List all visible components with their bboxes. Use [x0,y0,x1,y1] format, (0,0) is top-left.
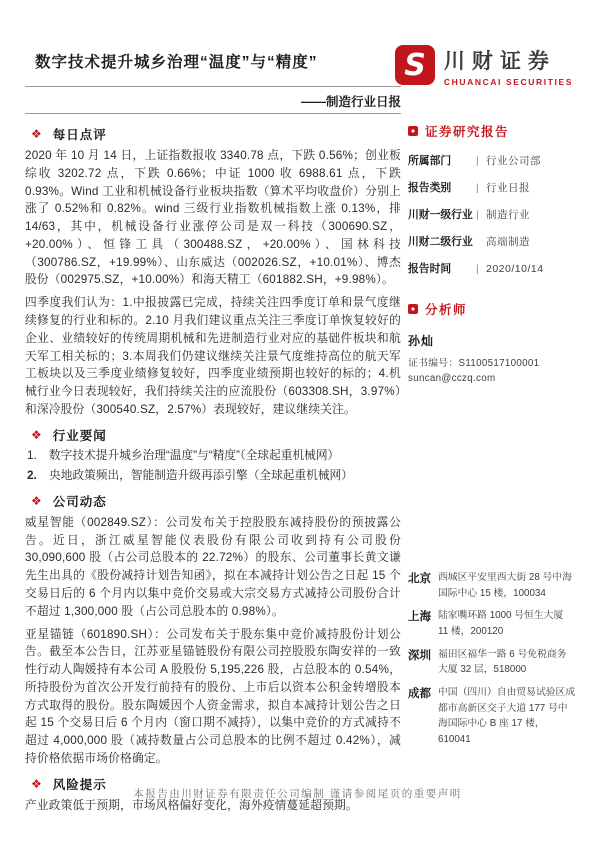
divider-top [25,86,401,87]
office-list: 北京 西城区平安里西大街 28 号中海国际中心 15 楼，100034 上海 陆… [408,570,576,755]
analyst-name: 孙灿 [408,332,576,349]
news-item: 1. 数字技术提升城乡治理“温度”与“精度”（全球起重机械网） [27,447,401,465]
office-city: 深圳 [408,647,438,678]
field-row: 所属部门 | 行业公司部 [408,153,576,168]
paragraph: 2020 年 10 月 14 日，上证指数报收 3340.78 点，下跌 0.5… [25,147,401,289]
field-row: 报告类别 | 行业日报 [408,180,576,195]
office-address: 西城区平安里西大街 28 号中海国际中心 15 楼，100034 [438,570,576,601]
office-row: 上海 陆家嘴环路 1000 号恒生大厦 11 楼，200120 [408,608,576,639]
sidebar-report-header: 证券研究报告 [408,122,576,140]
footer-disclaimer: 本报告由川财证券有限责任公司编制 谨请参阅尾页的重要声明 [0,786,595,801]
analyst-cert: 证书编号：S1100517100001 [408,355,576,369]
office-city: 北京 [408,570,438,601]
office-city: 成都 [408,685,438,748]
sidebar: 证券研究报告 所属部门 | 行业公司部 报告类别 | 行业日报 川财一级行业 |… [408,122,576,782]
field-value: 行业公司部 [486,153,541,168]
field-value: 高端制造 [486,234,530,249]
square-bullet-icon [408,304,418,314]
field-separator: | [476,155,486,167]
office-address: 中国（四川）自由贸易试验区成都市高新区交子大道 177 号中海国际中心 B 座 … [438,685,576,748]
field-value: 2020/10/14 [486,263,544,275]
paragraph: 威星智能（002849.SZ）：公司发布关于控股股东减持股份的预披露公告。近日，… [25,514,401,621]
diamond-icon: ❖ [31,128,42,140]
field-value: 制造行业 [486,207,530,222]
field-separator: | [476,209,486,221]
office-row: 北京 西城区平安里西大街 28 号中海国际中心 15 楼，100034 [408,570,576,601]
field-label: 川财二级行业 [408,234,476,249]
paragraph: 四季度我们认为：1.中报披露已完成，持续关注四季度订单和景气度继续修复的行业和标… [25,294,401,418]
report-subtitle: ——制造行业日报 [25,92,401,110]
square-bullet-icon [408,126,418,136]
field-separator: | [476,263,486,275]
brand-name-en: CHUANCAI SECURITIES [444,77,573,87]
main-content: ❖ 每日点评 2020 年 10 月 14 日，上证指数报收 3340.78 点… [25,118,401,820]
analyst-email: suncan@cczq.com [408,373,576,384]
field-label: 所属部门 [408,153,476,168]
office-city: 上海 [408,608,438,639]
brand-logo: S 川财证券 CHUANCAI SECURITIES [394,44,573,91]
section-daily-review: ❖ 每日点评 2020 年 10 月 14 日，上证指数报收 3340.78 点… [25,125,401,419]
section-heading: ❖ 每日点评 [31,125,401,143]
section-heading: ❖ 行业要闻 [31,426,401,444]
item-text: 数字技术提升城乡治理“温度”与“精度”（全球起重机械网） [49,447,339,465]
section-industry-news: ❖ 行业要闻 1. 数字技术提升城乡治理“温度”与“精度”（全球起重机械网） 2… [25,426,401,485]
sidebar-analyst-header: 分析师 [408,300,576,318]
section-title: 每日点评 [53,125,107,143]
item-number: 1. [27,447,49,465]
paragraph: 亚星锚链（601890.SH）：公司发布关于股东集中竞价减持股份计划公告。截至本… [25,626,401,768]
office-address: 陆家嘴环路 1000 号恒生大厦 11 楼，200120 [438,608,576,639]
field-label: 报告时间 [408,261,476,276]
brand-name: 川财证券 [444,50,556,73]
diamond-icon: ❖ [31,429,42,441]
office-row: 深圳 福田区福华一路 6 号免税商务大厦 32 层，518000 [408,647,576,678]
field-label: 报告类别 [408,180,476,195]
diamond-icon: ❖ [31,495,42,507]
section-heading: ❖ 公司动态 [31,492,401,510]
office-row: 成都 中国（四川）自由贸易试验区成都市高新区交子大道 177 号中海国际中心 B… [408,685,576,748]
field-row: 报告时间 | 2020/10/14 [408,261,576,276]
field-separator: | [476,182,486,194]
chuancai-logo-icon: S [394,44,436,91]
field-value: 行业日报 [486,180,530,195]
divider-bottom [25,113,401,114]
analyst-block: 孙灿 证书编号：S1100517100001 suncan@cczq.com [408,332,576,384]
office-address: 福田区福华一路 6 号免税商务大厦 32 层，518000 [438,647,576,678]
sidebar-header-title: 分析师 [425,300,467,318]
report-title: 数字技术提升城乡治理“温度”与“精度” [35,50,395,72]
item-text: 央地政策频出，智能制造升级再添引擎（全球起重机械网） [49,467,353,485]
report-page: 数字技术提升城乡治理“温度”与“精度” S 川财证券 CHUANCAI SECU… [0,0,595,842]
section-title: 公司动态 [53,492,107,510]
item-number: 2. [27,467,49,485]
section-company-news: ❖ 公司动态 威星智能（002849.SZ）：公司发布关于控股股东减持股份的预披… [25,492,401,768]
field-label: 川财一级行业 [408,207,476,222]
svg-text:S: S [404,48,426,83]
field-row: 川财二级行业 高端制造 [408,234,576,249]
news-item: 2. 央地政策频出，智能制造升级再添引擎（全球起重机械网） [27,467,401,485]
sidebar-header-title: 证券研究报告 [425,122,509,140]
field-row: 川财一级行业 | 制造行业 [408,207,576,222]
section-title: 行业要闻 [53,426,107,444]
